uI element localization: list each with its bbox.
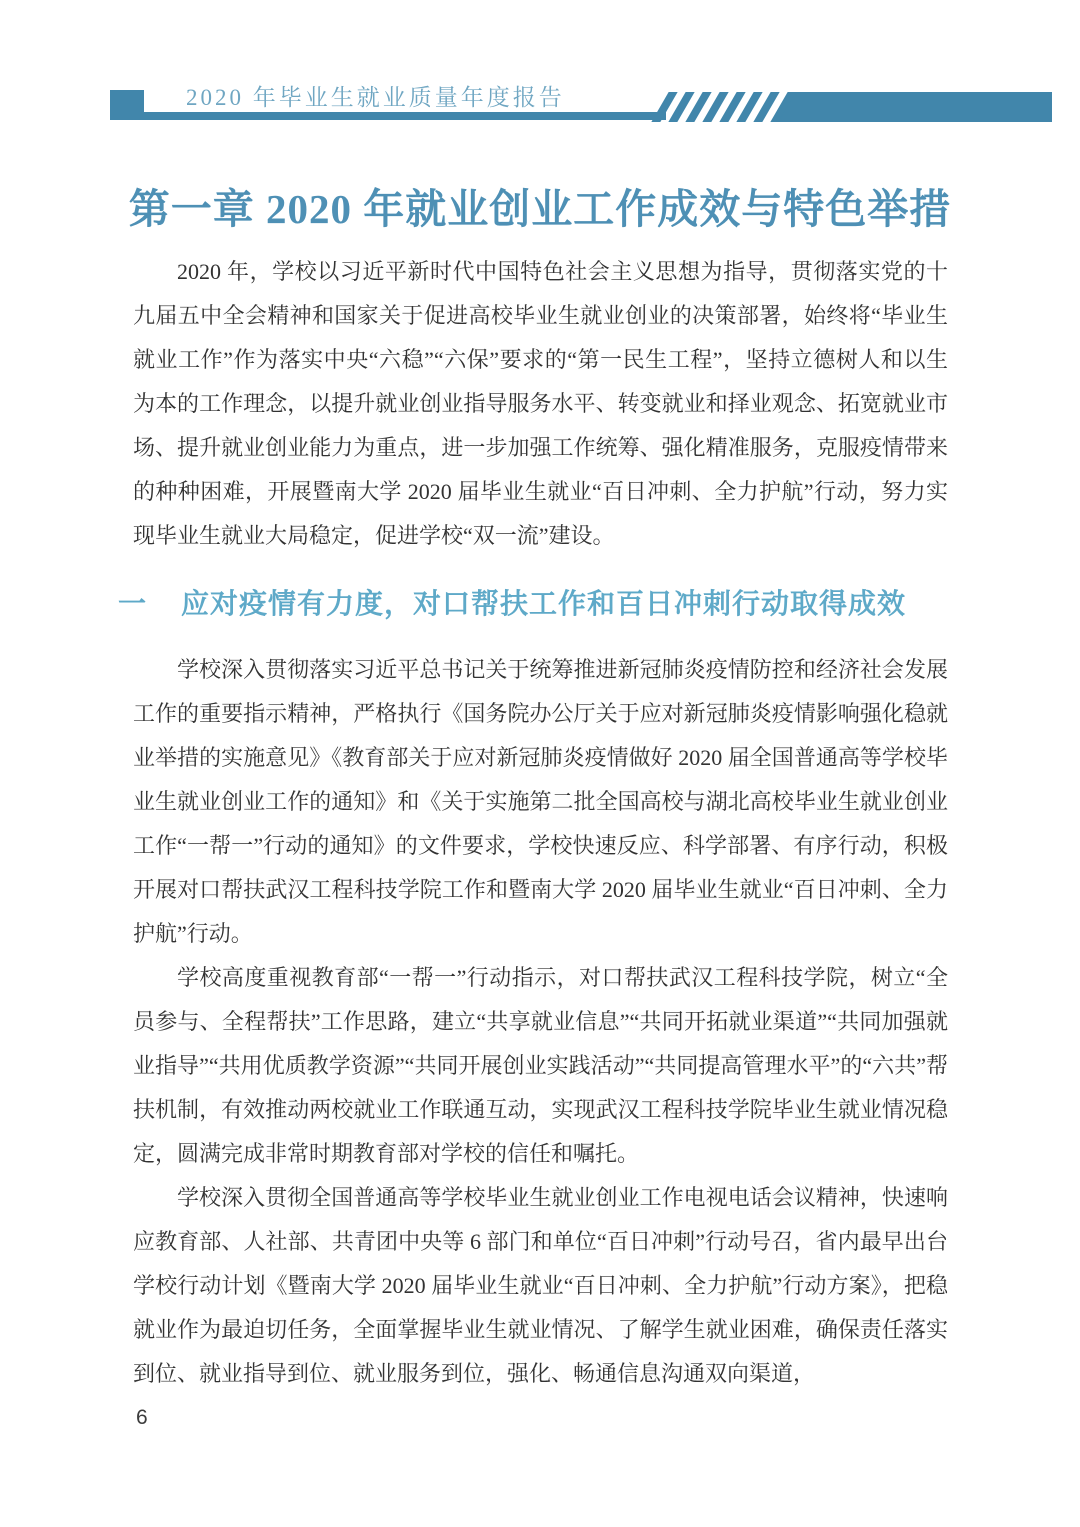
chapter-title: 第一章 2020 年就业创业工作成效与特色举措 xyxy=(0,176,1080,235)
section-paragraph: 学校高度重视教育部“一帮一”行动指示，对口帮扶武汉工程科技学院，树立“全员参与、… xyxy=(133,956,948,1176)
chapter-intro-paragraph: 2020 年，学校以习近平新时代中国特色社会主义思想为指导，贯彻落实党的十九届五… xyxy=(133,250,948,558)
page-number: 6 xyxy=(136,1406,148,1430)
report-page: 2020 年毕业生就业质量年度报告 第一章 2020 年就业创业工作成效与特色举… xyxy=(0,0,1080,1527)
header-accent-bar xyxy=(778,92,1052,122)
section-paragraph: 学校深入贯彻全国普通高等学校毕业生就业创业工作电视电话会议精神，快速响应教育部、… xyxy=(133,1176,948,1396)
header-rule-line xyxy=(110,112,666,120)
section-title: 应对疫情有力度，对口帮扶工作和百日冲刺行动取得成效 xyxy=(181,589,906,620)
section-one-body: 学校深入贯彻落实习近平总书记关于统筹推进新冠肺炎疫情防控和经济社会发展工作的重要… xyxy=(133,648,948,1396)
section-number: 一 xyxy=(118,589,147,620)
header-slashes-decoration xyxy=(660,92,788,122)
report-title: 2020 年毕业生就业质量年度报告 xyxy=(186,84,565,112)
section-one-heading: 一应对疫情有力度，对口帮扶工作和百日冲刺行动取得成效 xyxy=(118,582,906,622)
section-paragraph: 学校深入贯彻落实习近平总书记关于统筹推进新冠肺炎疫情防控和经济社会发展工作的重要… xyxy=(133,648,948,956)
